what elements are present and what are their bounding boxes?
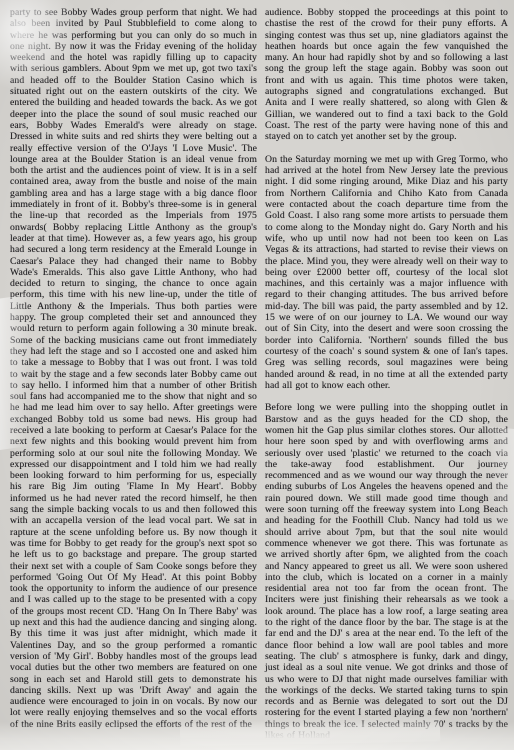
left-text-column: party to see Bobby Wades group perform t… [10,7,257,743]
text-columns: party to see Bobby Wades group perform t… [10,7,508,743]
paragraph: On the Saturday morning we met up with G… [265,154,508,391]
scanned-page: party to see Bobby Wades group perform t… [0,0,514,750]
paragraph: audience. Bobby stopped the proceedings … [265,7,508,143]
paragraph: party to see Bobby Wades group perform t… [10,7,257,730]
paragraph: Before long we were pulling into the sho… [265,402,508,741]
right-text-column: audience. Bobby stopped the proceedings … [265,7,508,743]
